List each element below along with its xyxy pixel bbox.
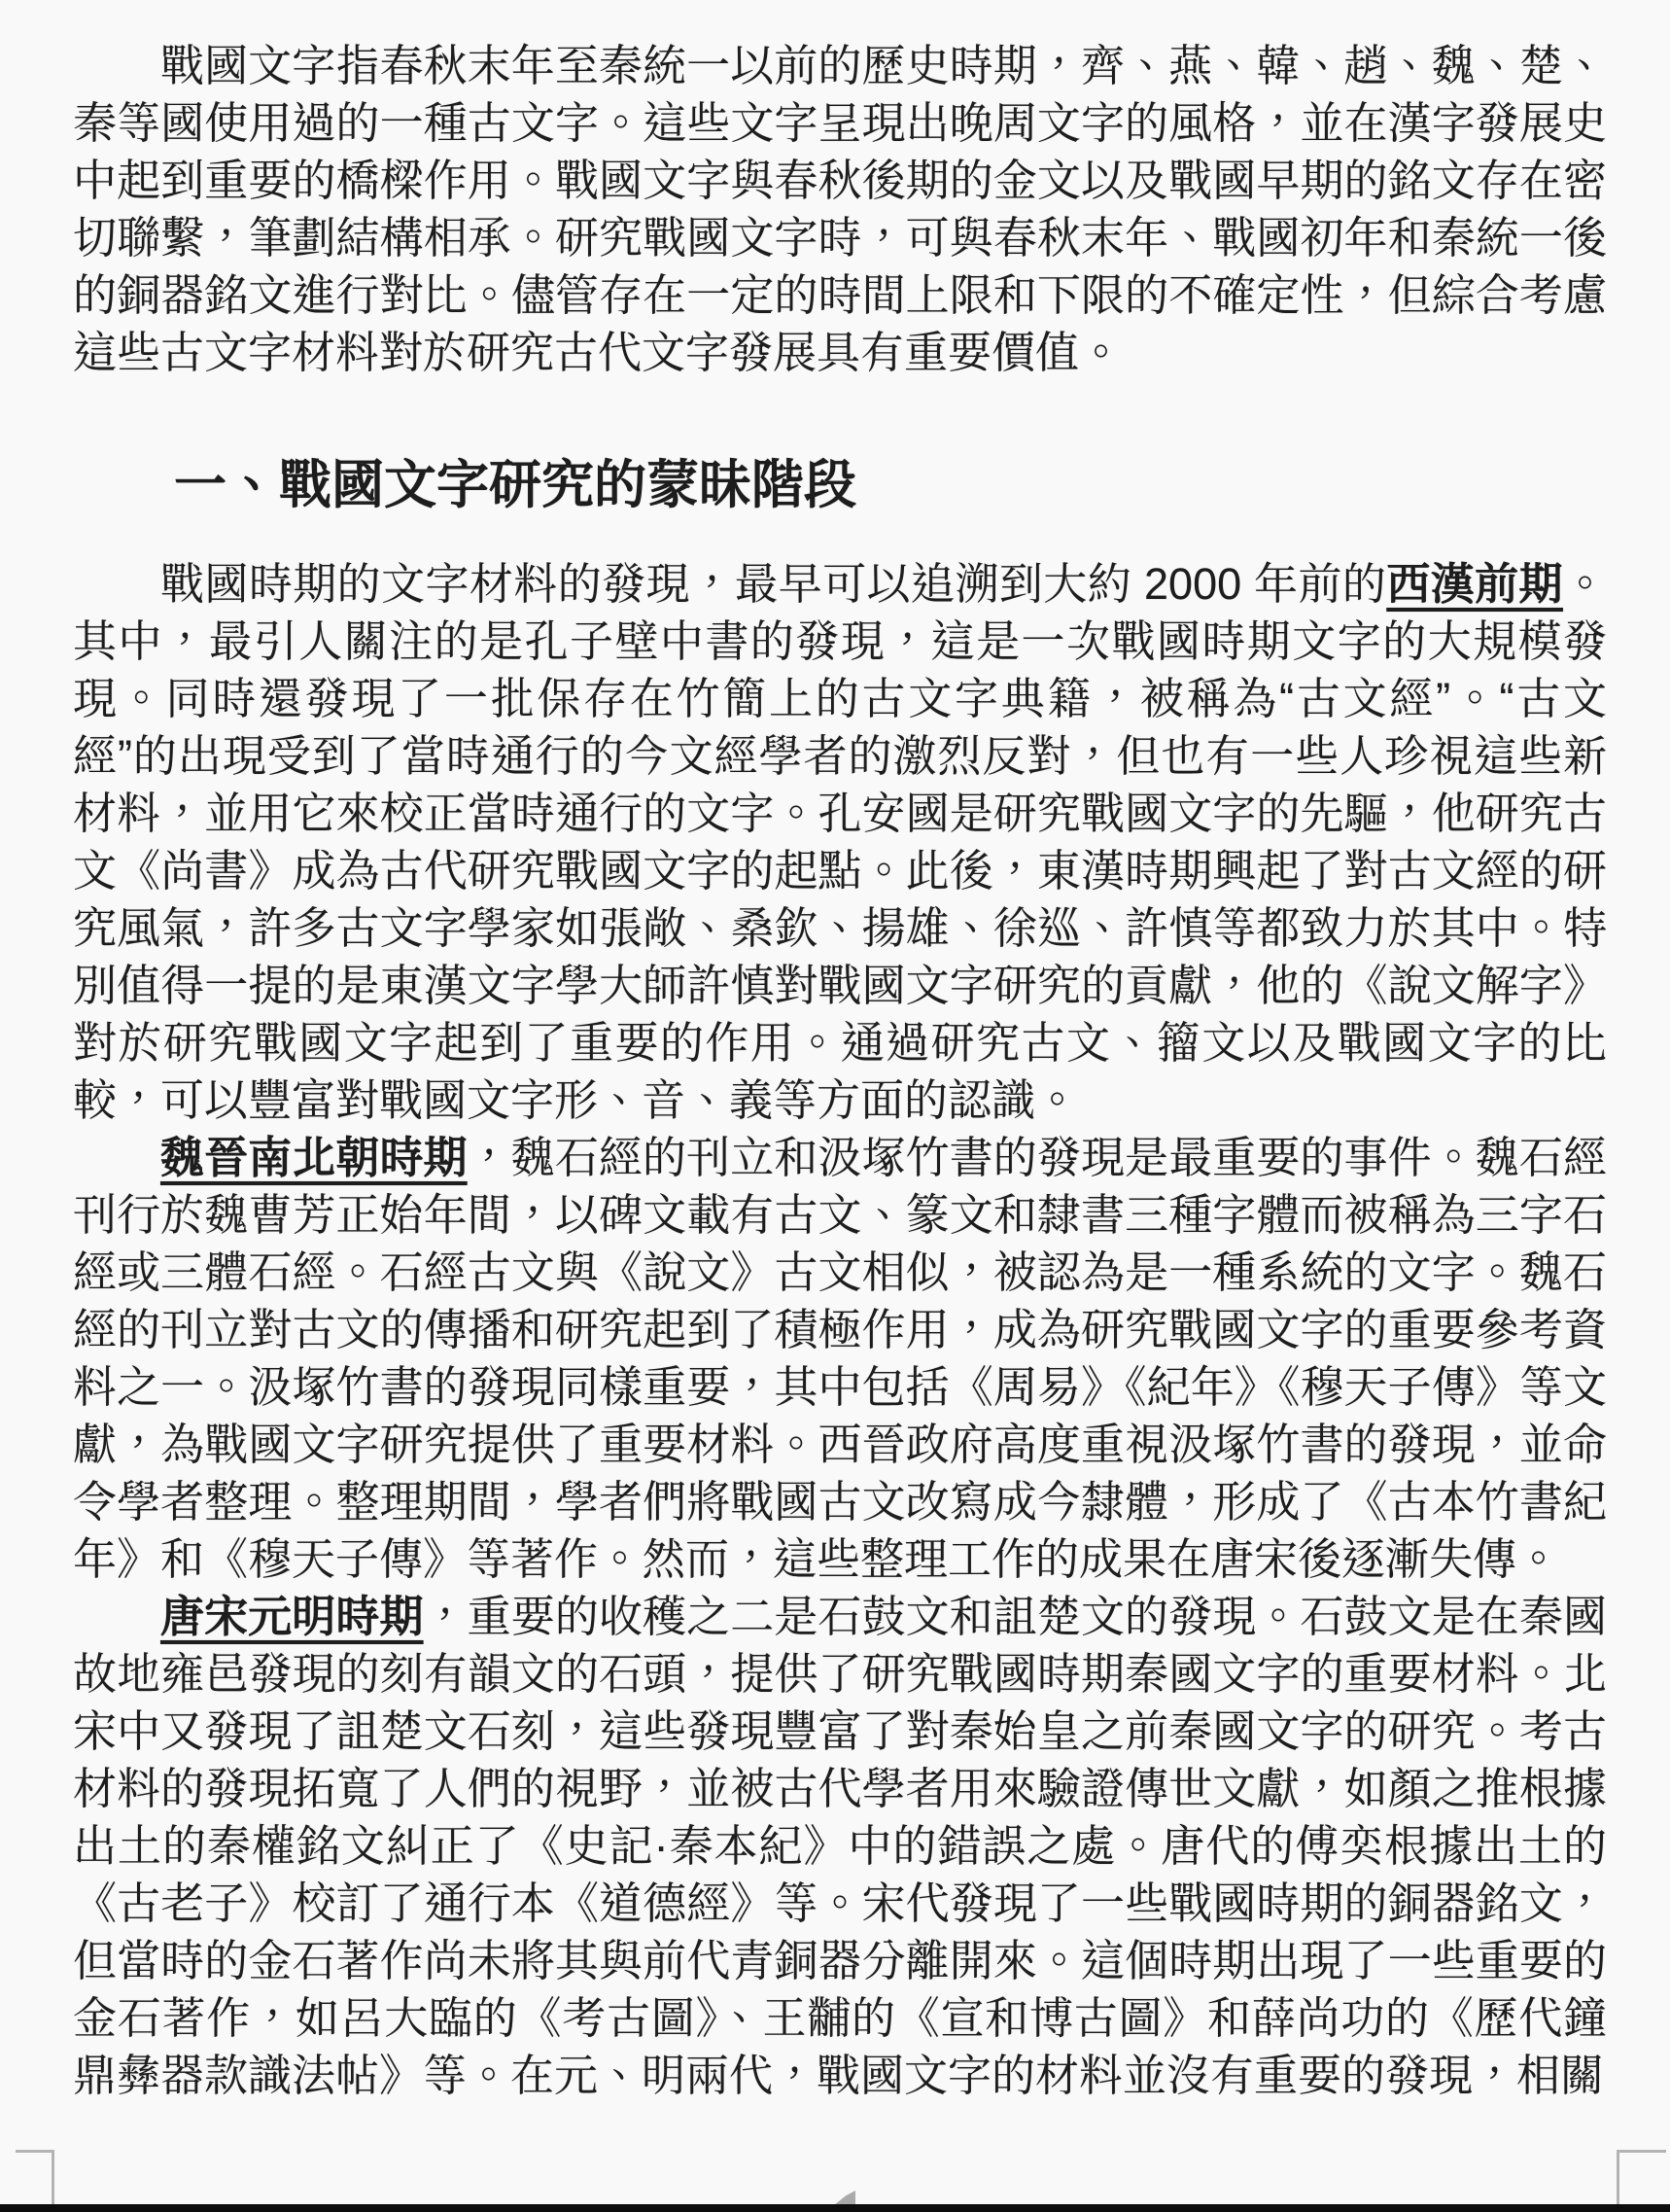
paragraph: 魏晉南北朝時期，魏石經的刊立和汲塚竹書的發現是最重要的事件。魏石經刊行於魏曹芳正…	[73, 1129, 1607, 1588]
text-run: 一、戰國文字研究的蒙昧階段	[174, 456, 856, 514]
text-run: 。其中，最引人關注的是孔子壁中書的發現，這是一次戰國時期文字的大規模發現。同時還…	[73, 559, 1607, 1125]
paragraph: 戰國時期的文字材料的發現，最早可以追溯到大約 2000 年前的西漢前期。其中，最…	[73, 555, 1607, 1129]
text-run: 戰國時期的文字材料的發現，最早可以追溯到大約 2000 年前的	[160, 559, 1386, 609]
document-page: 戰國文字指春秋末年至秦統一以前的歷史時期，齊、燕、韓、趙、魏、楚、秦等國使用過的…	[0, 0, 1670, 2212]
paragraph: 戰國文字指春秋末年至秦統一以前的歷史時期，齊、燕、韓、趙、魏、楚、秦等國使用過的…	[73, 37, 1607, 381]
text-run: ，魏石經的刊立和汲塚竹書的發現是最重要的事件。魏石經刊行於魏曹芳正始年間，以碑文…	[73, 1133, 1607, 1584]
page-margin-corner-right-icon	[1617, 2150, 1666, 2208]
screenshot-bottom-bar	[0, 2204, 1670, 2212]
text-run: ，重要的收穫之二是石鼓文和詛楚文的發現。石鼓文是在秦國故地雍邑發現的刻有韻文的石…	[73, 1592, 1607, 2100]
section-heading: 一、戰國文字研究的蒙昧階段	[73, 457, 1607, 514]
document-text: 戰國文字指春秋末年至秦統一以前的歷史時期，齊、燕、韓、趙、魏、楚、秦等國使用過的…	[73, 37, 1607, 2104]
page-margin-corner-left-icon	[16, 2150, 54, 2208]
emphasized-term: 魏晉南北朝時期	[160, 1133, 468, 1182]
page-number-partial	[834, 2191, 855, 2205]
emphasized-term: 西漢前期	[1386, 559, 1563, 609]
paragraph: 唐宋元明時期，重要的收穫之二是石鼓文和詛楚文的發現。石鼓文是在秦國故地雍邑發現的…	[73, 1588, 1607, 2104]
emphasized-term: 唐宋元明時期	[160, 1592, 424, 1641]
text-run: 戰國文字指春秋末年至秦統一以前的歷史時期，齊、燕、韓、趙、魏、楚、秦等國使用過的…	[73, 41, 1607, 377]
